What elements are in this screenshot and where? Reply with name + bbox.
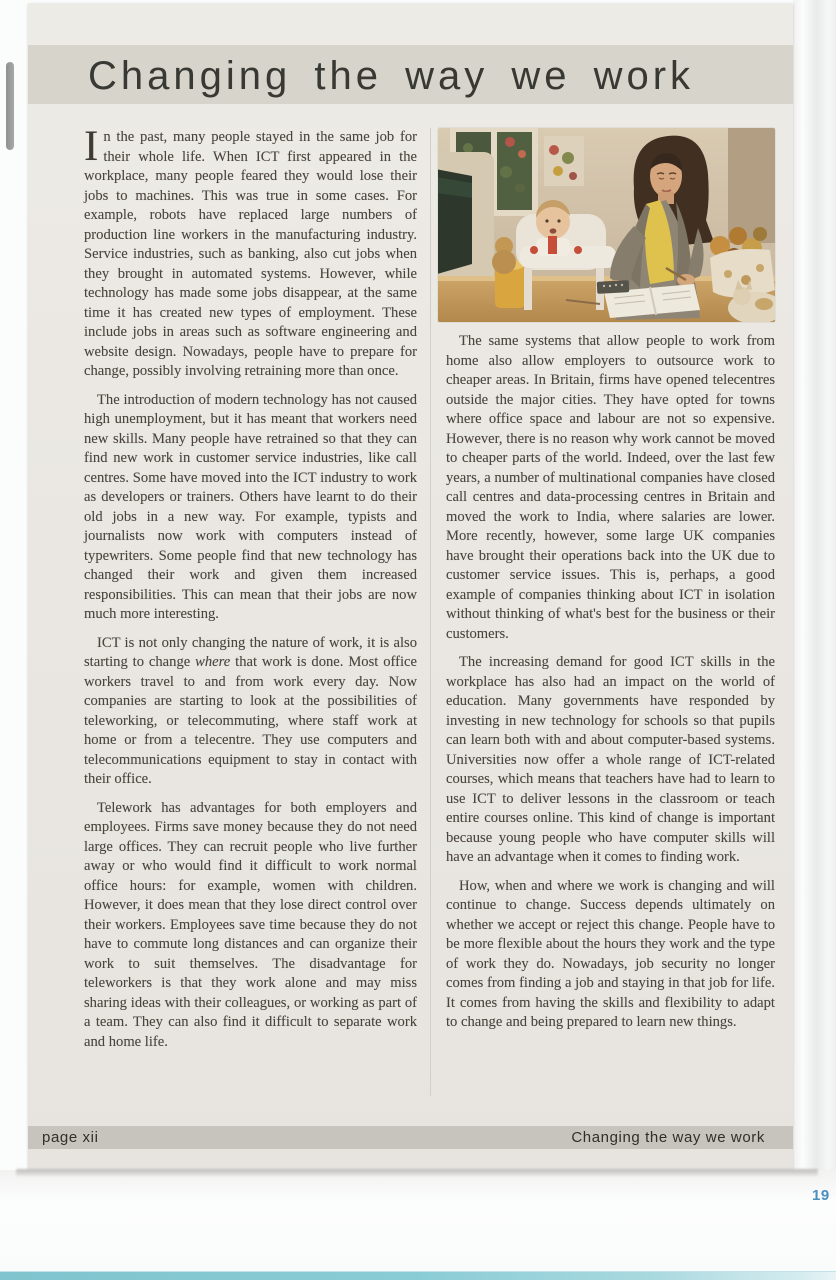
scan-background-bottom [0,1170,836,1280]
scrollbar-thumb[interactable] [6,62,14,150]
paragraph-text: that work is done. Most office workers t… [84,654,417,787]
paragraph: How, when and where we work is changing … [446,877,775,1033]
drop-cap: I [84,128,103,164]
paragraph: The increasing demand for good ICT skill… [446,653,775,868]
paragraph-text: The introduction of modern technology ha… [84,392,417,623]
photo-tint-overlay [438,128,775,322]
page-bottom-shadow [16,1169,818,1176]
page-title: Changing the way we work [28,45,793,107]
paragraph-text: Telework has advantages for both employe… [84,800,417,1050]
right-column: The same systems that allow people to wo… [446,332,775,1042]
paragraph-text: n the past, many people stayed in the sa… [84,129,417,379]
column-divider [430,128,431,1096]
book-page: Changing the way we work In the past, ma… [28,4,793,1170]
left-column: In the past, many people stayed in the s… [84,128,417,1061]
photo-woman-baby-computer [438,128,775,322]
paragraph-text: The same systems that allow people to wo… [446,333,775,642]
bottom-accent-bar [0,1271,836,1280]
footer-band: page xii Changing the way we work [28,1126,793,1149]
paragraph: The same systems that allow people to wo… [446,332,775,644]
italic-word: where [195,654,230,670]
title-band: Changing the way we work [28,45,793,104]
footer-chapter-title: Changing the way we work [571,1129,793,1146]
paragraph-text: The increasing demand for good ICT skill… [446,654,775,865]
paragraph-text: How, when and where we work is changing … [446,878,775,1031]
paragraph: The introduction of modern technology ha… [84,391,417,625]
scan-background-right [793,0,836,1280]
paragraph: In the past, many people stayed in the s… [84,128,417,382]
paragraph: Telework has advantages for both employe… [84,799,417,1053]
footer-page-label: page xii [28,1129,99,1146]
paragraph: ICT is not only changing the nature of w… [84,634,417,790]
outer-page-number: 19 [812,1187,836,1204]
